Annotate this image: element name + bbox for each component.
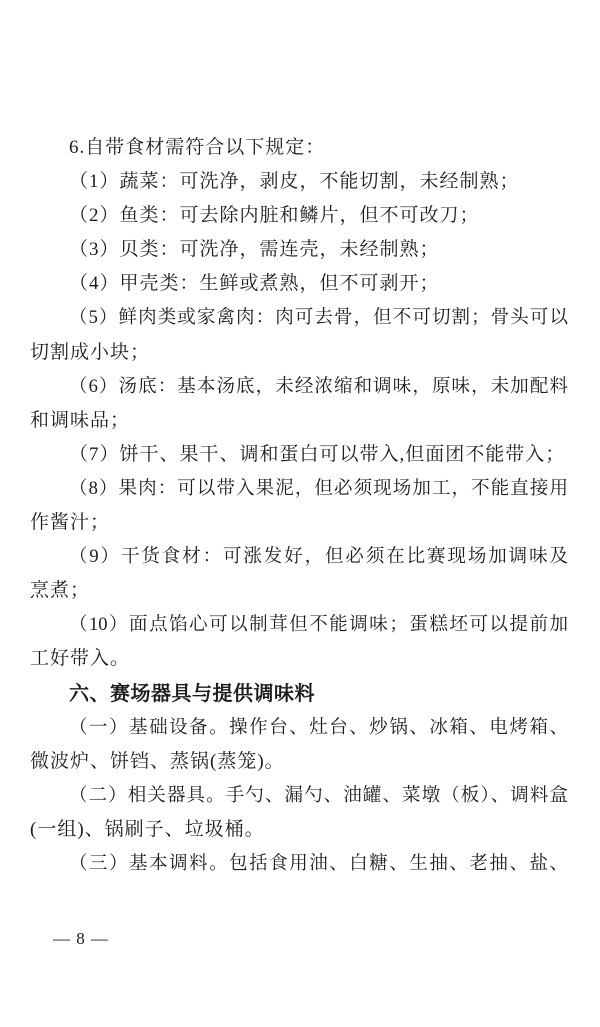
rule-10-pastry-filling: （10）面点馅心可以制茸但不能调味；蛋糕坯可以提前加 xyxy=(30,608,568,642)
rule-2-fish: （2）鱼类：可去除内脏和鳞片，但不可改刀； xyxy=(30,199,568,233)
item-2-related-utensils-cont: (一组)、锅刷子、垃圾桶。 xyxy=(30,813,568,847)
rule-3-shellfish: （3）贝类：可洗净，需连壳，未经制熟； xyxy=(30,233,568,267)
rule-5-meat: （5）鲜肉类或家禽肉：肉可去骨，但不可切割；骨头可以 xyxy=(30,301,568,335)
rule-1-vegetables: （1）蔬菜：可洗净，剥皮，不能切割，未经制熟； xyxy=(30,165,568,199)
document-page: 6.自带食材需符合以下规定： （1）蔬菜：可洗净，剥皮，不能切割，未经制熟； （… xyxy=(0,0,600,1027)
document-body: 6.自带食材需符合以下规定： （1）蔬菜：可洗净，剥皮，不能切割，未经制熟； （… xyxy=(30,131,568,881)
item-3-basic-seasonings: （三）基本调料。包括食用油、白糖、生抽、老抽、盐、 xyxy=(30,847,568,881)
page-footer: — 8 — xyxy=(53,929,109,949)
rule-9-dried-goods: （9）干货食材：可涨发好，但必须在比赛现场加调味及 xyxy=(30,540,568,574)
item-1-basic-equipment: （一）基础设备。操作台、灶台、炒锅、冰箱、电烤箱、 xyxy=(30,711,568,745)
clause-6-intro: 6.自带食材需符合以下规定： xyxy=(30,131,568,165)
rule-4-crustaceans: （4）甲壳类：生鲜或煮熟，但不可剥开； xyxy=(30,267,568,301)
item-1-basic-equipment-cont: 微波炉、饼铛、蒸锅(蒸笼)。 xyxy=(30,745,568,779)
rule-9-dried-goods-cont: 烹煮； xyxy=(30,574,568,608)
rule-10-pastry-filling-cont: 工好带入。 xyxy=(30,642,568,676)
item-2-related-utensils: （二）相关器具。手勺、漏勺、油罐、菜墩（板）、调料盒 xyxy=(30,779,568,813)
rule-8-fruit-pulp: （8）果肉：可以带入果泥，但必须现场加工，不能直接用 xyxy=(30,472,568,506)
rule-5-meat-cont: 切割成小块； xyxy=(30,336,568,370)
rule-6-soup-base: （6）汤底：基本汤底，未经浓缩和调味，原味，未加配料 xyxy=(30,370,568,404)
section-6-heading: 六、赛场器具与提供调味料 xyxy=(30,677,568,711)
rule-6-soup-base-cont: 和调味品； xyxy=(30,404,568,438)
page-number: — 8 — xyxy=(53,929,109,948)
rule-7-biscuits: （7）饼干、果干、调和蛋白可以带入,但面团不能带入； xyxy=(30,438,568,472)
rule-8-fruit-pulp-cont: 作酱汁； xyxy=(30,506,568,540)
